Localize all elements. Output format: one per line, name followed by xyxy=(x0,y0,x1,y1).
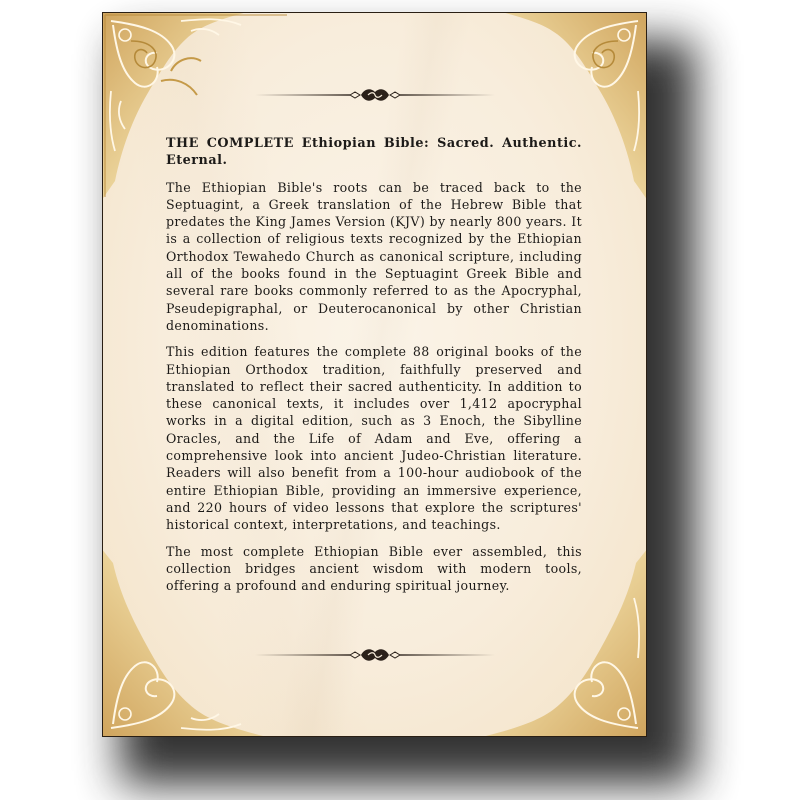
document-body: THE COMPLETE Ethiopian Bible: Sacred. Au… xyxy=(166,135,582,603)
flourish-divider-icon xyxy=(235,85,515,105)
document-title: THE COMPLETE Ethiopian Bible: Sacred. Au… xyxy=(166,135,582,170)
flourish-divider-icon xyxy=(235,645,515,665)
paragraph-edition-features: This edition features the complete 88 or… xyxy=(166,343,582,533)
paragraph-closing: The most complete Ethiopian Bible ever a… xyxy=(166,543,582,595)
paragraph-origins: The Ethiopian Bible's roots can be trace… xyxy=(166,179,582,335)
document-page: THE COMPLETE Ethiopian Bible: Sacred. Au… xyxy=(102,12,647,737)
